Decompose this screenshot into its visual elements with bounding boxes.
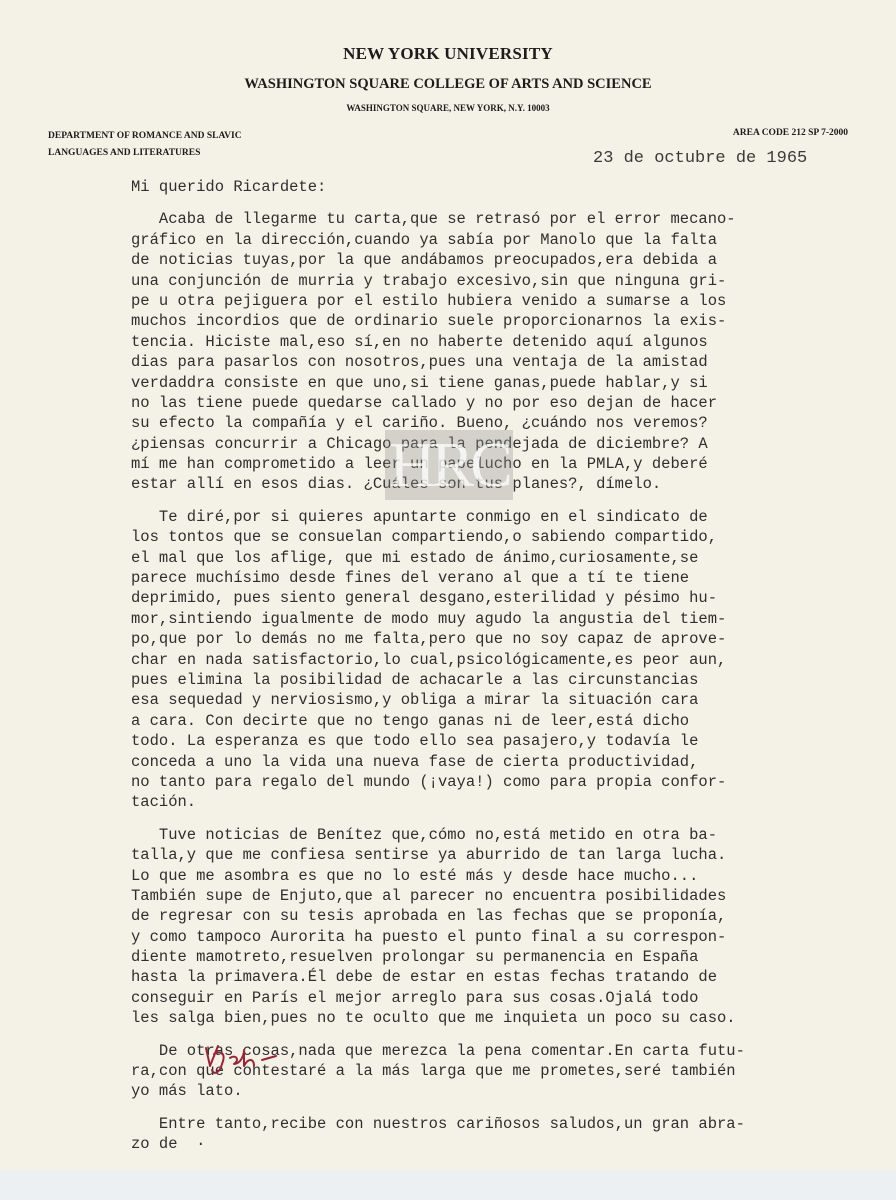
text-line: Tuve noticias de Benítez que,cómo no,est… [131,825,851,845]
text-line: pues elimina la posibilidad de achacarle… [131,670,851,690]
salutation: Mi querido Ricardete: [131,177,851,197]
text-line: conceda a uno la vida una nueva fase de … [131,752,851,772]
text-line: hasta la primavera.Él debe de estar en e… [131,967,851,987]
text-line: de regresar con su tesis aprobada en las… [131,906,851,926]
department-line-1: DEPARTMENT OF ROMANCE AND SLAVIC [48,128,242,145]
text-line: zo de · [131,1134,851,1154]
text-line: diente mamotreto,resuelven prolongar su … [131,947,851,967]
text-line: no las tiene puede quedarse callado y no… [131,393,851,413]
text-line: char en nada satisfactorio,lo cual,psico… [131,650,851,670]
text-line: gráfico en la dirección,cuando ya sabía … [131,230,851,250]
text-line: tencia. Hiciste mal,eso sí,en no haberte… [131,332,851,352]
text-line: una conjunción de murria y trabajo exces… [131,271,851,291]
letterhead-college: WASHINGTON SQUARE COLLEGE OF ARTS AND SC… [0,76,896,93]
letter-date: 23 de octubre de 1965 [593,149,807,168]
text-line: muchos incordios que de ordinario suele … [131,311,851,331]
text-line: el mal que los aflige, que mi estado de … [131,548,851,568]
text-line: esa sequedad y nerviosismo,y obliga a mi… [131,690,851,710]
text-line: Acaba de llegarme tu carta,que se retras… [131,209,851,229]
text-line: a cara. Con decirte que no tengo ganas n… [131,711,851,731]
paragraph-gap [131,1029,851,1041]
text-line: deprimido, pues siento general desgano,e… [131,588,851,608]
text-line: Entre tanto,recibe con nuestros cariñoso… [131,1114,851,1134]
hrc-watermark: HRC [385,430,513,500]
text-line: les salga bien,pues no te oculto que me … [131,1008,851,1028]
paragraph-gap [131,813,851,825]
paragraph: Entre tanto,recibe con nuestros cariñoso… [131,1114,851,1155]
signature-scribble-icon [200,1040,340,1080]
letterhead-department: DEPARTMENT OF ROMANCE AND SLAVIC LANGUAG… [48,128,242,162]
text-line: Te diré,por si quieres apuntarte conmigo… [131,507,851,527]
text-line: los tontos que se consuelan compartiendo… [131,527,851,547]
text-line: También supe de Enjuto,que al parecer no… [131,886,851,906]
text-line: Lo que me asombra es que no lo esté más … [131,866,851,886]
letter-page: NEW YORK UNIVERSITY WASHINGTON SQUARE CO… [0,0,896,1170]
letter-body: Mi querido Ricardete: Acaba de llegarme … [131,177,851,1155]
text-line: verdaddra consiste en que uno,si tiene g… [131,373,851,393]
paragraph: Tuve noticias de Benítez que,cómo no,est… [131,825,851,1029]
letterhead-phone: AREA CODE 212 SP 7-2000 [733,128,848,138]
text-line: pe u otra pejiguera por el estilo hubier… [131,291,851,311]
text-line: talla,y que me confiesa sentirse ya abur… [131,845,851,865]
text-line: conseguir en París el mejor arreglo para… [131,988,851,1008]
text-line: parece muchísimo desde fines del verano … [131,568,851,588]
text-line: y como tampoco Aurorita ha puesto el pun… [131,927,851,947]
text-line: de noticias tuyas,por la que andábamos p… [131,250,851,270]
text-line: no tanto para regalo del mundo (¡vaya!) … [131,772,851,792]
text-line: dias para pasarlos con nosotros,pues una… [131,352,851,372]
paragraph-gap [131,1102,851,1114]
scan-bottom-band [0,1170,896,1200]
paragraph: Te diré,por si quieres apuntarte conmigo… [131,507,851,813]
signature [200,1040,340,1080]
department-line-2: LANGUAGES AND LITERATURES [48,145,242,162]
letterhead-institution: NEW YORK UNIVERSITY [0,44,896,64]
text-line: po,que por lo demás no me falta,pero que… [131,629,851,649]
paragraph-gap [131,197,851,209]
text-line: todo. La esperanza es que todo ello sea … [131,731,851,751]
text-line: tación. [131,792,851,812]
text-line: mor,sintiendo igualmente de modo muy agu… [131,609,851,629]
text-line: yo más lato. [131,1081,851,1101]
letterhead-address: WASHINGTON SQUARE, NEW YORK, N.Y. 10003 [0,103,896,113]
